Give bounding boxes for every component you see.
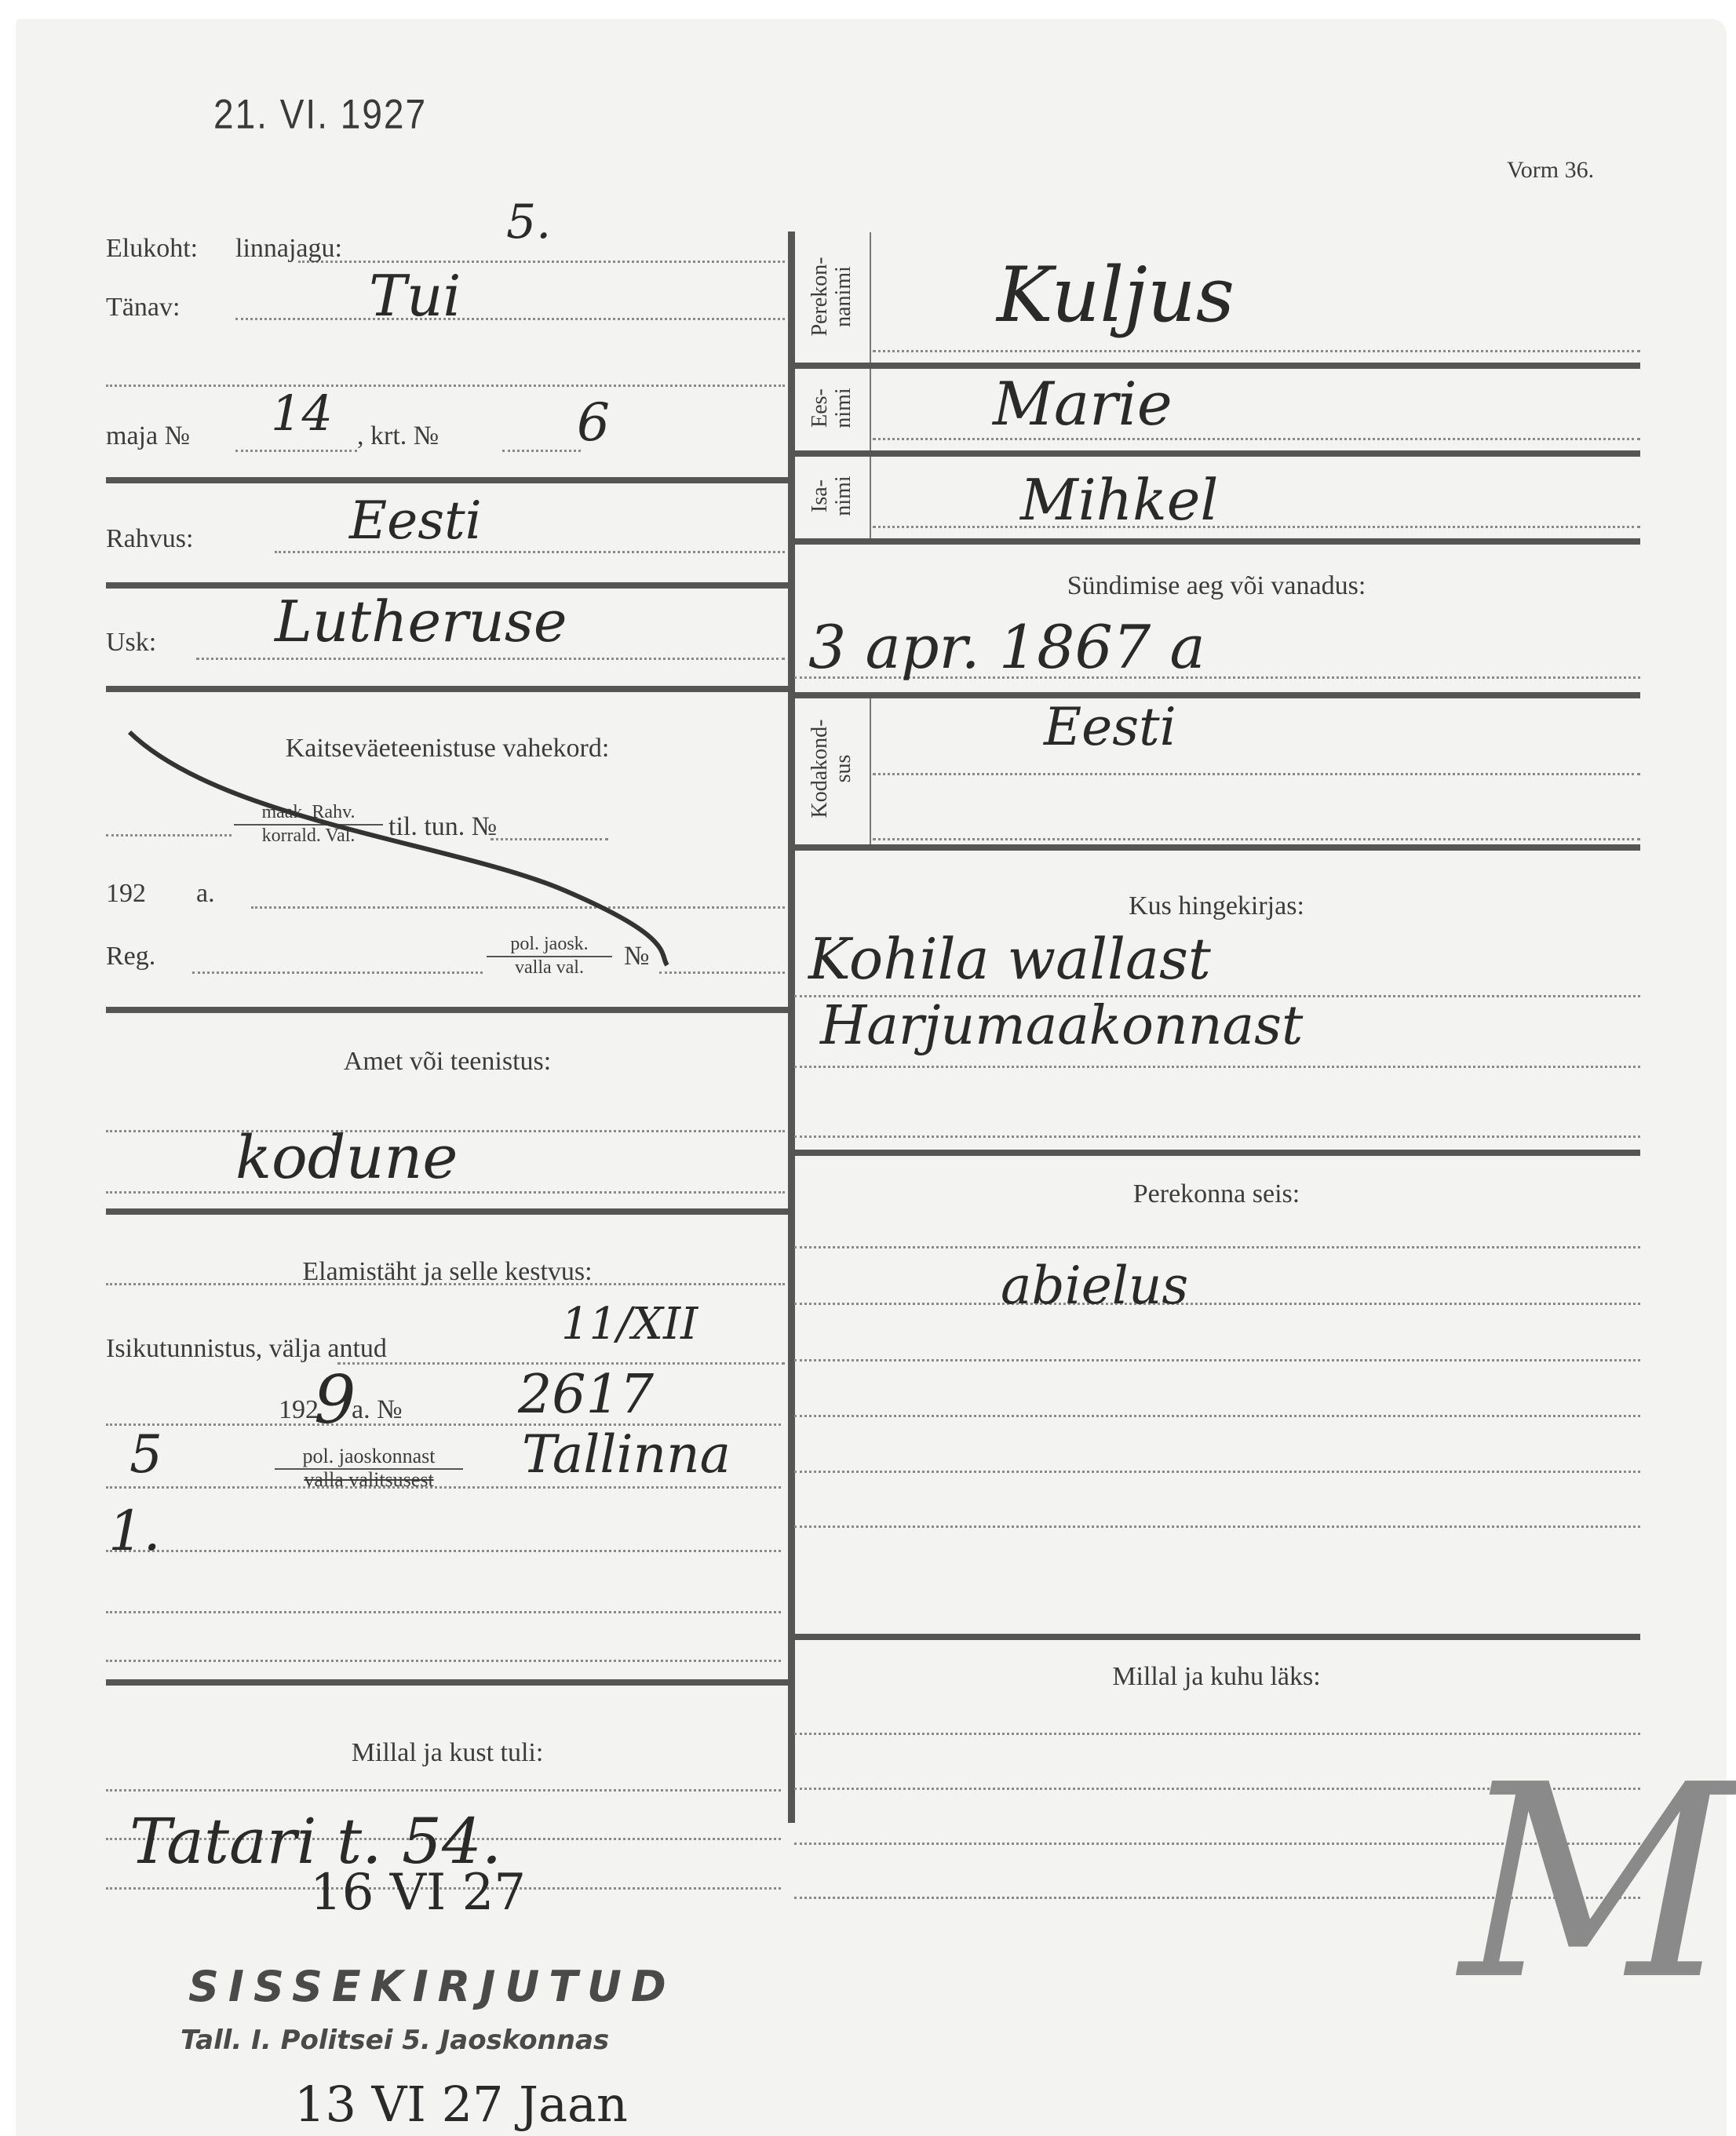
reg-fraction-top: pol. jaosk. [487,934,612,957]
dotted-line [106,1550,781,1552]
dotted-line [235,318,785,320]
dotted-line [106,385,785,387]
dotted-line [794,1303,1640,1305]
maja-label: maja № [106,421,190,451]
linnajagu-value[interactable]: 5. [506,195,551,250]
hingekiri-label: Kus hingekirjas: [793,891,1640,921]
usk-value[interactable]: Lutheruse [275,589,567,654]
divider [793,692,1640,698]
dotted-line [873,350,1640,352]
stamp-signature: 13 VI 27 Jaan [294,2076,628,2133]
laks-label: Millal ja kuhu läks: [793,1662,1640,1692]
perekonnanimi-label: Perekon- nanimi [808,234,855,359]
reg-fraction: pol. jaosk. valla val. [487,934,612,978]
dotted-line [235,450,357,452]
divider [106,1679,789,1686]
elukoht-label: Elukoht: [106,234,198,264]
dotted-line [794,1359,1640,1361]
isikut-date[interactable]: 11/XII [561,1299,698,1350]
dotted-line [106,1660,781,1662]
registration-stamp-office: Tall. I. Politsei 5. Jaoskonnas [181,2025,609,2056]
dotted-line [106,1789,781,1792]
perekonna-value[interactable]: abielus [1001,1256,1188,1316]
dotted-line [659,971,785,974]
isikut-year-value[interactable]: 9 [314,1361,356,1438]
divider [793,1150,1640,1156]
synd-value[interactable]: 3 apr. 1867 a [808,612,1205,682]
krt-value[interactable]: 6 [577,392,610,453]
rahvus-value[interactable]: Eesti [349,490,482,551]
reg-label: Reg. [106,942,155,971]
registration-stamp-title: SISSEKIRJUTUD [188,1962,676,2011]
divider [793,844,1640,851]
dotted-line [502,450,581,452]
year-suffix: a. [196,879,215,909]
linnajagu-label: linnajagu: [235,234,342,264]
perekonna-label: Perekonna seis: [793,1179,1640,1209]
divider [793,1634,1640,1640]
dotted-line [794,1246,1640,1248]
dotted-line [794,1066,1640,1068]
kodakond-value[interactable]: Eesti [1044,697,1176,757]
isikut-year-prefix: 192 [279,1395,319,1425]
dotted-line [106,1611,781,1613]
dotted-line [192,971,483,974]
elamis-label: Elamistäht ja selle kestvus: [106,1257,789,1287]
usk-label: Usk: [106,628,156,658]
isikut-fraction: pol. jaoskonnast valla valitsusest [275,1446,463,1490]
divider [793,450,1640,457]
dotted-line [196,658,785,660]
dotted-line [794,1471,1640,1473]
hingekiri-value-2[interactable]: Harjumaakonnast [820,995,1303,1057]
dotted-line [794,1525,1640,1528]
isikut-place[interactable]: Tallinna [522,1424,731,1485]
isanimi-label: Isa- nimi [808,457,855,535]
label-column-line [870,698,871,844]
center-divider [788,231,795,1823]
krt-label: , krt. № [357,421,439,451]
label-column-line [870,369,871,450]
form-number: Vorm 36. [1507,157,1594,184]
tanav-label: Tänav: [106,293,180,323]
dotted-line [275,551,785,553]
divider [793,363,1640,369]
margin-note-2: 1. [108,1499,161,1563]
tuli-label: Millal ja kust tuli: [106,1738,789,1768]
dotted-line [873,526,1640,528]
tuli-date[interactable]: 16 VI 27 [310,1864,526,1922]
divider [106,1007,789,1013]
dotted-line [794,1135,1640,1138]
amet-value[interactable]: kodune [235,1122,458,1192]
dotted-line [873,438,1640,440]
isikut-year-suffix: a. № [352,1395,403,1425]
date-stamp: 21. VI. 1927 [213,89,427,138]
maja-value[interactable]: 14 [271,385,333,442]
isanimi-value[interactable]: Mihkel [1020,467,1218,533]
isikut-label: Isikutunnistus, välja antud [106,1334,387,1364]
reg-no-label: № [624,942,649,971]
divider [106,1208,789,1215]
strike-through-mark [126,726,675,969]
label-column-line [870,457,871,538]
dotted-line [794,1415,1640,1417]
hingekiri-value-1[interactable]: Kohila wallast [808,926,1211,992]
synd-label: Sündimise aeg või vanadus: [793,571,1640,601]
dotted-line [873,838,1640,840]
reg-fraction-bottom: valla val. [487,957,612,978]
pencil-signature-mark: M [1460,1750,1733,2017]
eesnimi-value[interactable]: Marie [993,369,1173,439]
rahvus-label: Rahvus: [106,524,193,554]
label-column-line [870,232,871,363]
isikut-number[interactable]: 2617 [518,1364,654,1426]
year-label: 192 [106,879,146,909]
amet-label: Amet või teenistus: [106,1047,789,1077]
divider [106,686,789,692]
divider [106,582,789,589]
margin-note-1: 5 [129,1424,162,1485]
divider [793,538,1640,545]
isikut-fraction-top: pol. jaoskonnast [275,1446,463,1470]
dotted-line [873,773,1640,775]
tanav-value[interactable]: Tui [369,263,461,329]
perekonnanimi-value[interactable]: Kuljus [997,251,1235,339]
divider [106,477,789,483]
kodakond-label: Kodakond- sus [808,696,855,841]
isikut-fraction-bottom: valla valitsusest [275,1470,463,1490]
eesnimi-label: Ees- nimi [808,369,855,447]
